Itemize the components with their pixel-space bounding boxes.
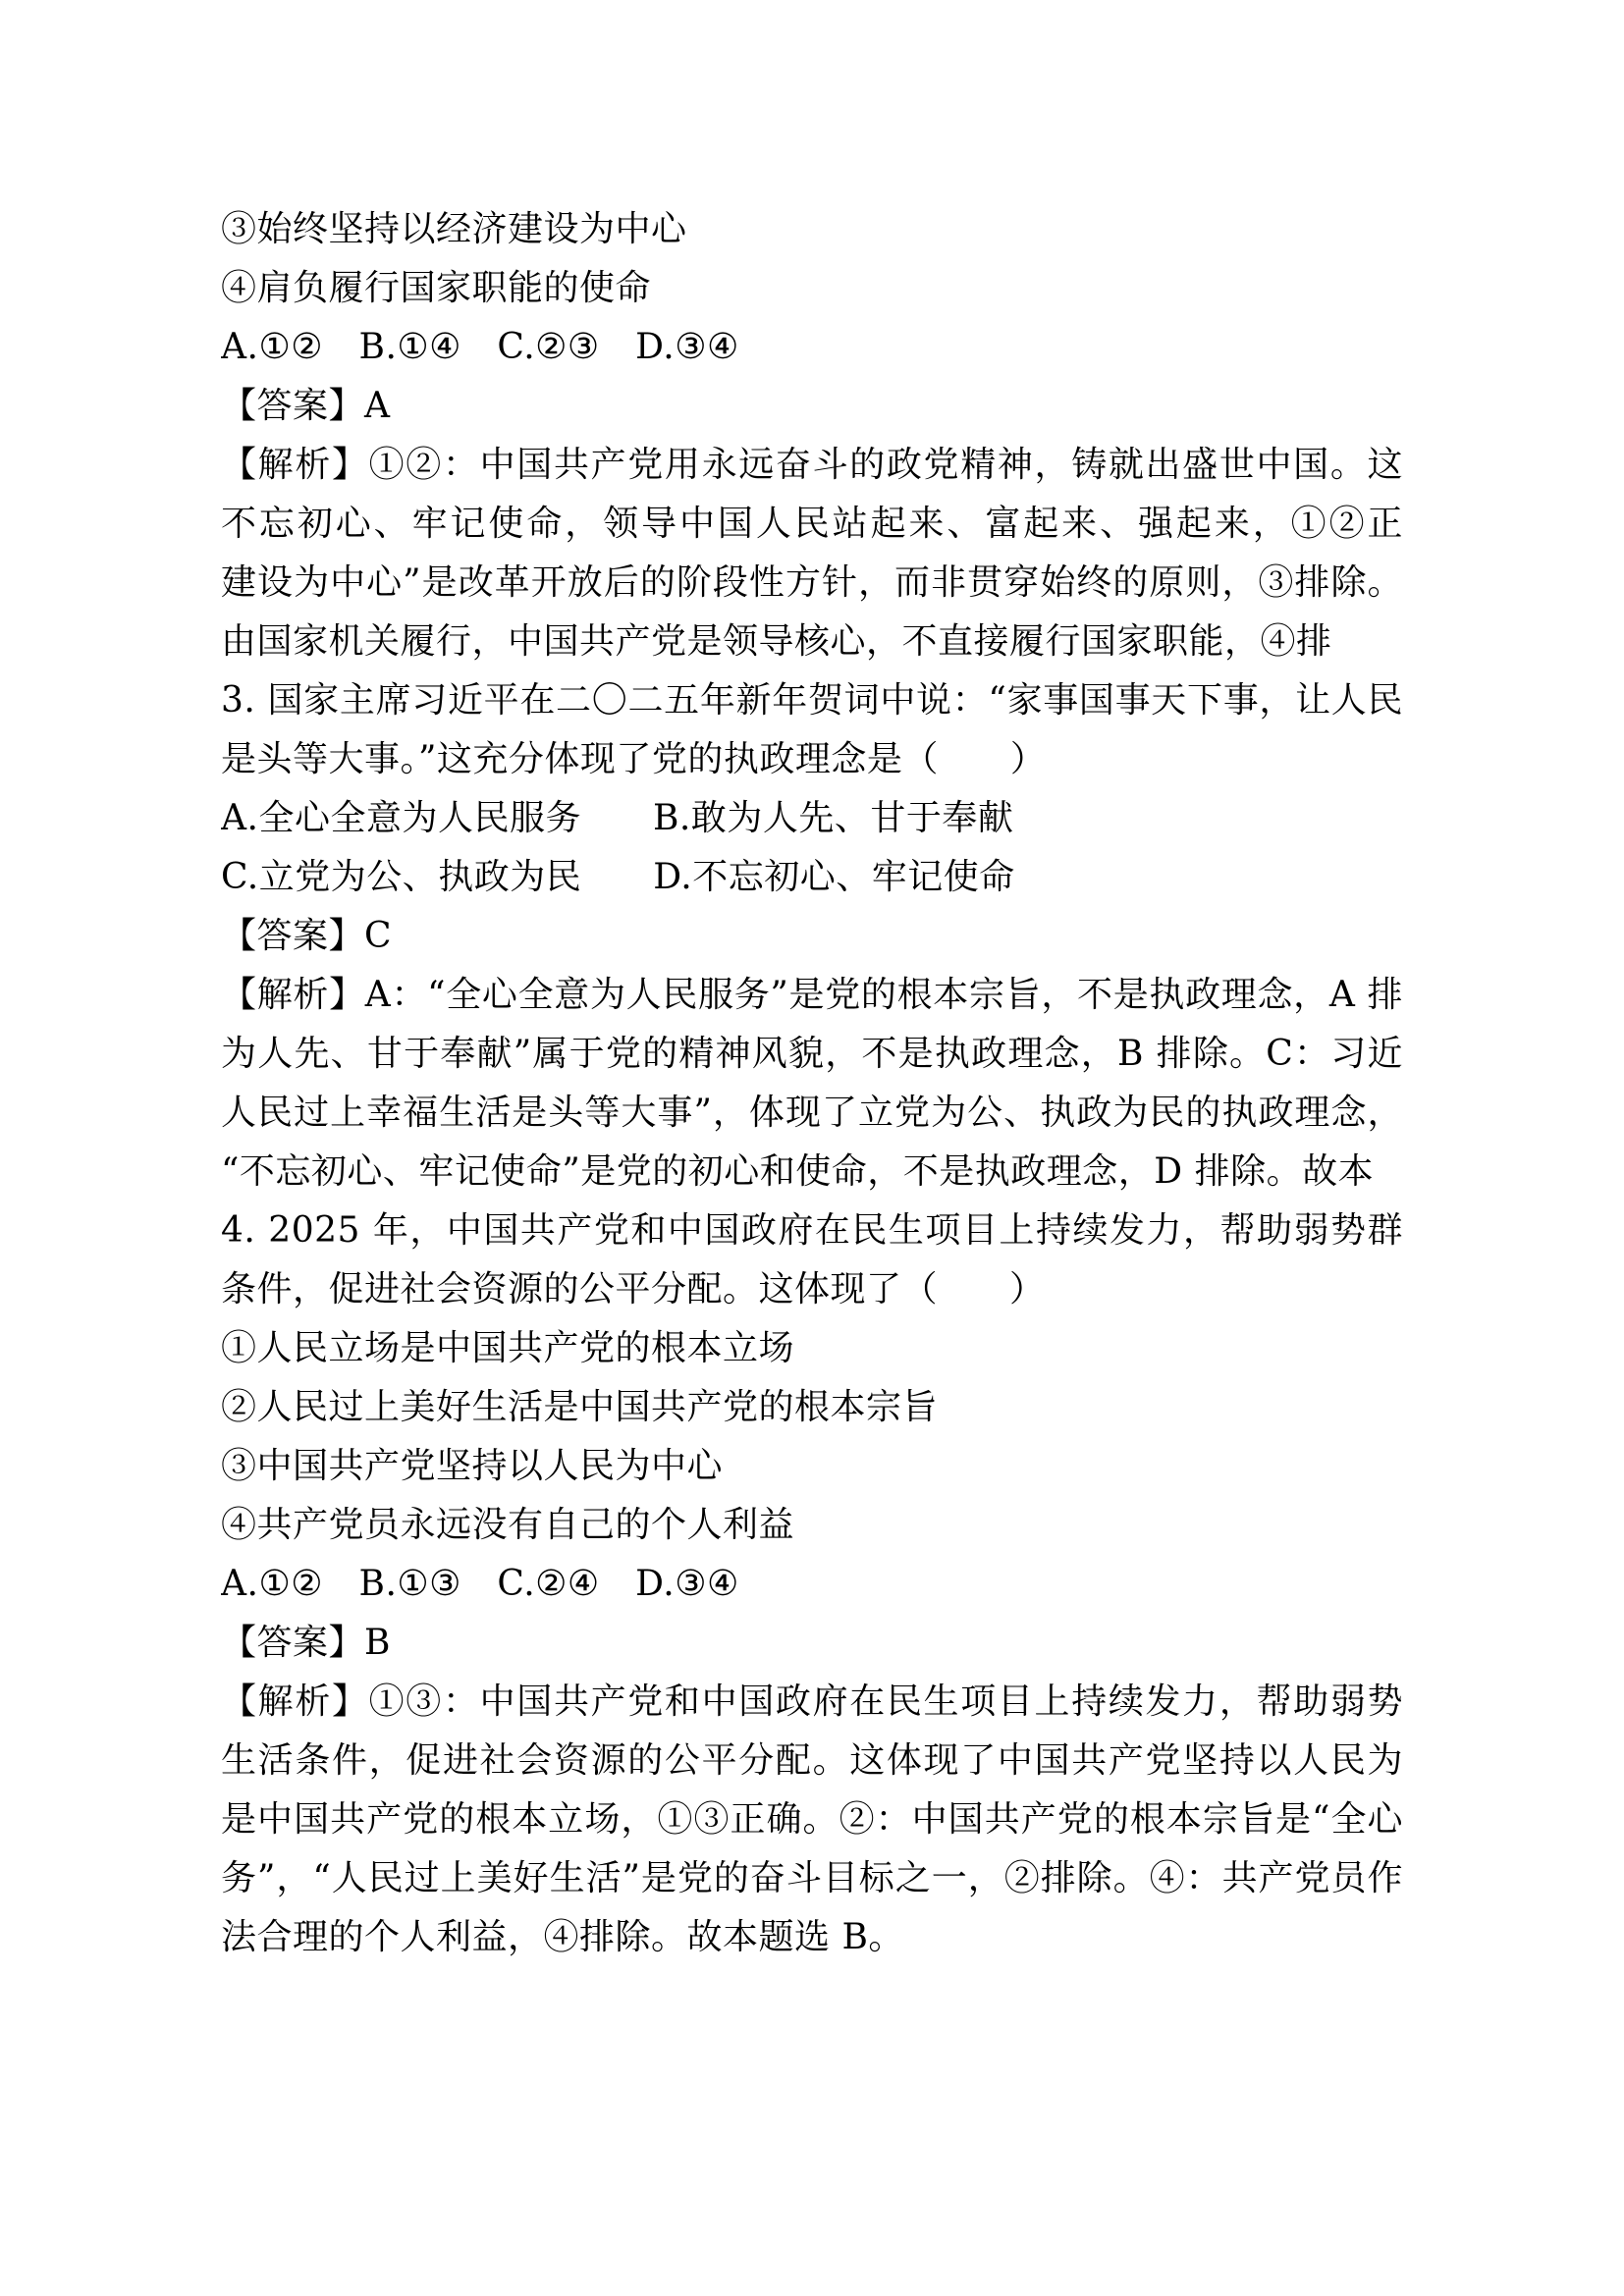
text-line-analysis: 法合理的个人利益，④排除。故本题选 B。 [221,1908,1403,1967]
text-line-analysis: 【解析】①③：中国共产党和中国政府在民生项目上持续发力，帮助弱势群体获得更好的 [221,1673,1403,1732]
text-line-option-numbered: ③始终坚持以经济建设为中心 [221,200,1403,259]
text-line-answer: 【答案】C [221,907,1403,966]
text-line-analysis: 务”，“人民过上美好生活”是党的奋斗目标之一，②排除。④：共产党员作为个人有合 [221,1849,1403,1908]
text-line-option-numbered: ②人民过上美好生活是中国共产党的根本宗旨 [221,1378,1403,1437]
text-line-analysis: 人民过上幸福生活是头等大事”，体现了立党为公、执政为民的执政理念，C 正确。D： [221,1084,1403,1143]
text-line-answer: 【答案】B [221,1614,1403,1673]
text-line-analysis: 【解析】A：“全心全意为人民服务”是党的根本宗旨，不是执政理念，A 排除。B：“… [221,966,1403,1025]
text-line-question: 是头等大事。”这充分体现了党的执政理念是（ ） [221,730,1403,789]
text-line-analysis: “不忘初心、牢记使命”是党的初心和使命，不是执政理念，D 排除。故本题选 C。 [221,1143,1403,1201]
document-page: ③始终坚持以经济建设为中心④肩负履行国家职能的使命A.①② B.①④ C.②③ … [0,0,1624,2296]
document-lines: ③始终坚持以经济建设为中心④肩负履行国家职能的使命A.①② B.①④ C.②③ … [221,200,1403,1967]
text-line-option-numbered: ③中国共产党坚持以人民为中心 [221,1437,1403,1496]
text-line-answer: 【答案】A [221,377,1403,436]
text-line-question: 4. 2025 年，中国共产党和中国政府在民生项目上持续发力，帮助弱势群体获得更… [221,1201,1403,1260]
text-line-analysis: 生活条件，促进社会资源的公平分配。这体现了中国共产党坚持以人民为中心，人民立场 [221,1732,1403,1790]
text-line-choices: A.①② B.①③ C.②④ D.③④ [221,1555,1403,1614]
text-line-question: 3. 国家主席习近平在二〇二五年新年贺词中说：“家事国事天下事，让人民过上幸福生… [221,671,1403,730]
text-line-analysis: 为人先、甘于奉献”属于党的精神风貌，不是执政理念，B 排除。C：习近平主席强调“… [221,1025,1403,1084]
text-line-analysis: 建设为中心”是改革开放后的阶段性方针，而非贯穿始终的原则，③排除。④：国家职能 [221,554,1403,613]
text-line-analysis: 【解析】①②：中国共产党用永远奋斗的政党精神，铸就出盛世中国。这表明中国共产党 [221,436,1403,495]
text-line-choices: A.①② B.①④ C.②③ D.③④ [221,318,1403,377]
text-line-option-numbered: ④共产党员永远没有自己的个人利益 [221,1496,1403,1555]
text-line-analysis: 不忘初心、牢记使命，领导中国人民站起来、富起来、强起来，①②正确。③：“以经济 [221,495,1403,554]
text-line-option-numbered: ④肩负履行国家职能的使命 [221,259,1403,318]
text-line-choices: A.全心全意为人民服务 B.敢为人先、甘于奉献 [221,789,1403,848]
text-line-analysis: 是中国共产党的根本立场，①③正确。②：中国共产党的根本宗旨是“全心全意为人民服 [221,1790,1403,1849]
text-line-option-numbered: ①人民立场是中国共产党的根本立场 [221,1319,1403,1378]
text-line-choices: C.立党为公、执政为民 D.不忘初心、牢记使命 [221,848,1403,907]
text-line-analysis: 由国家机关履行，中国共产党是领导核心，不直接履行国家职能，④排除。故本题选 A。 [221,613,1403,671]
text-line-question: 条件，促进社会资源的公平分配。这体现了（ ） [221,1260,1403,1319]
